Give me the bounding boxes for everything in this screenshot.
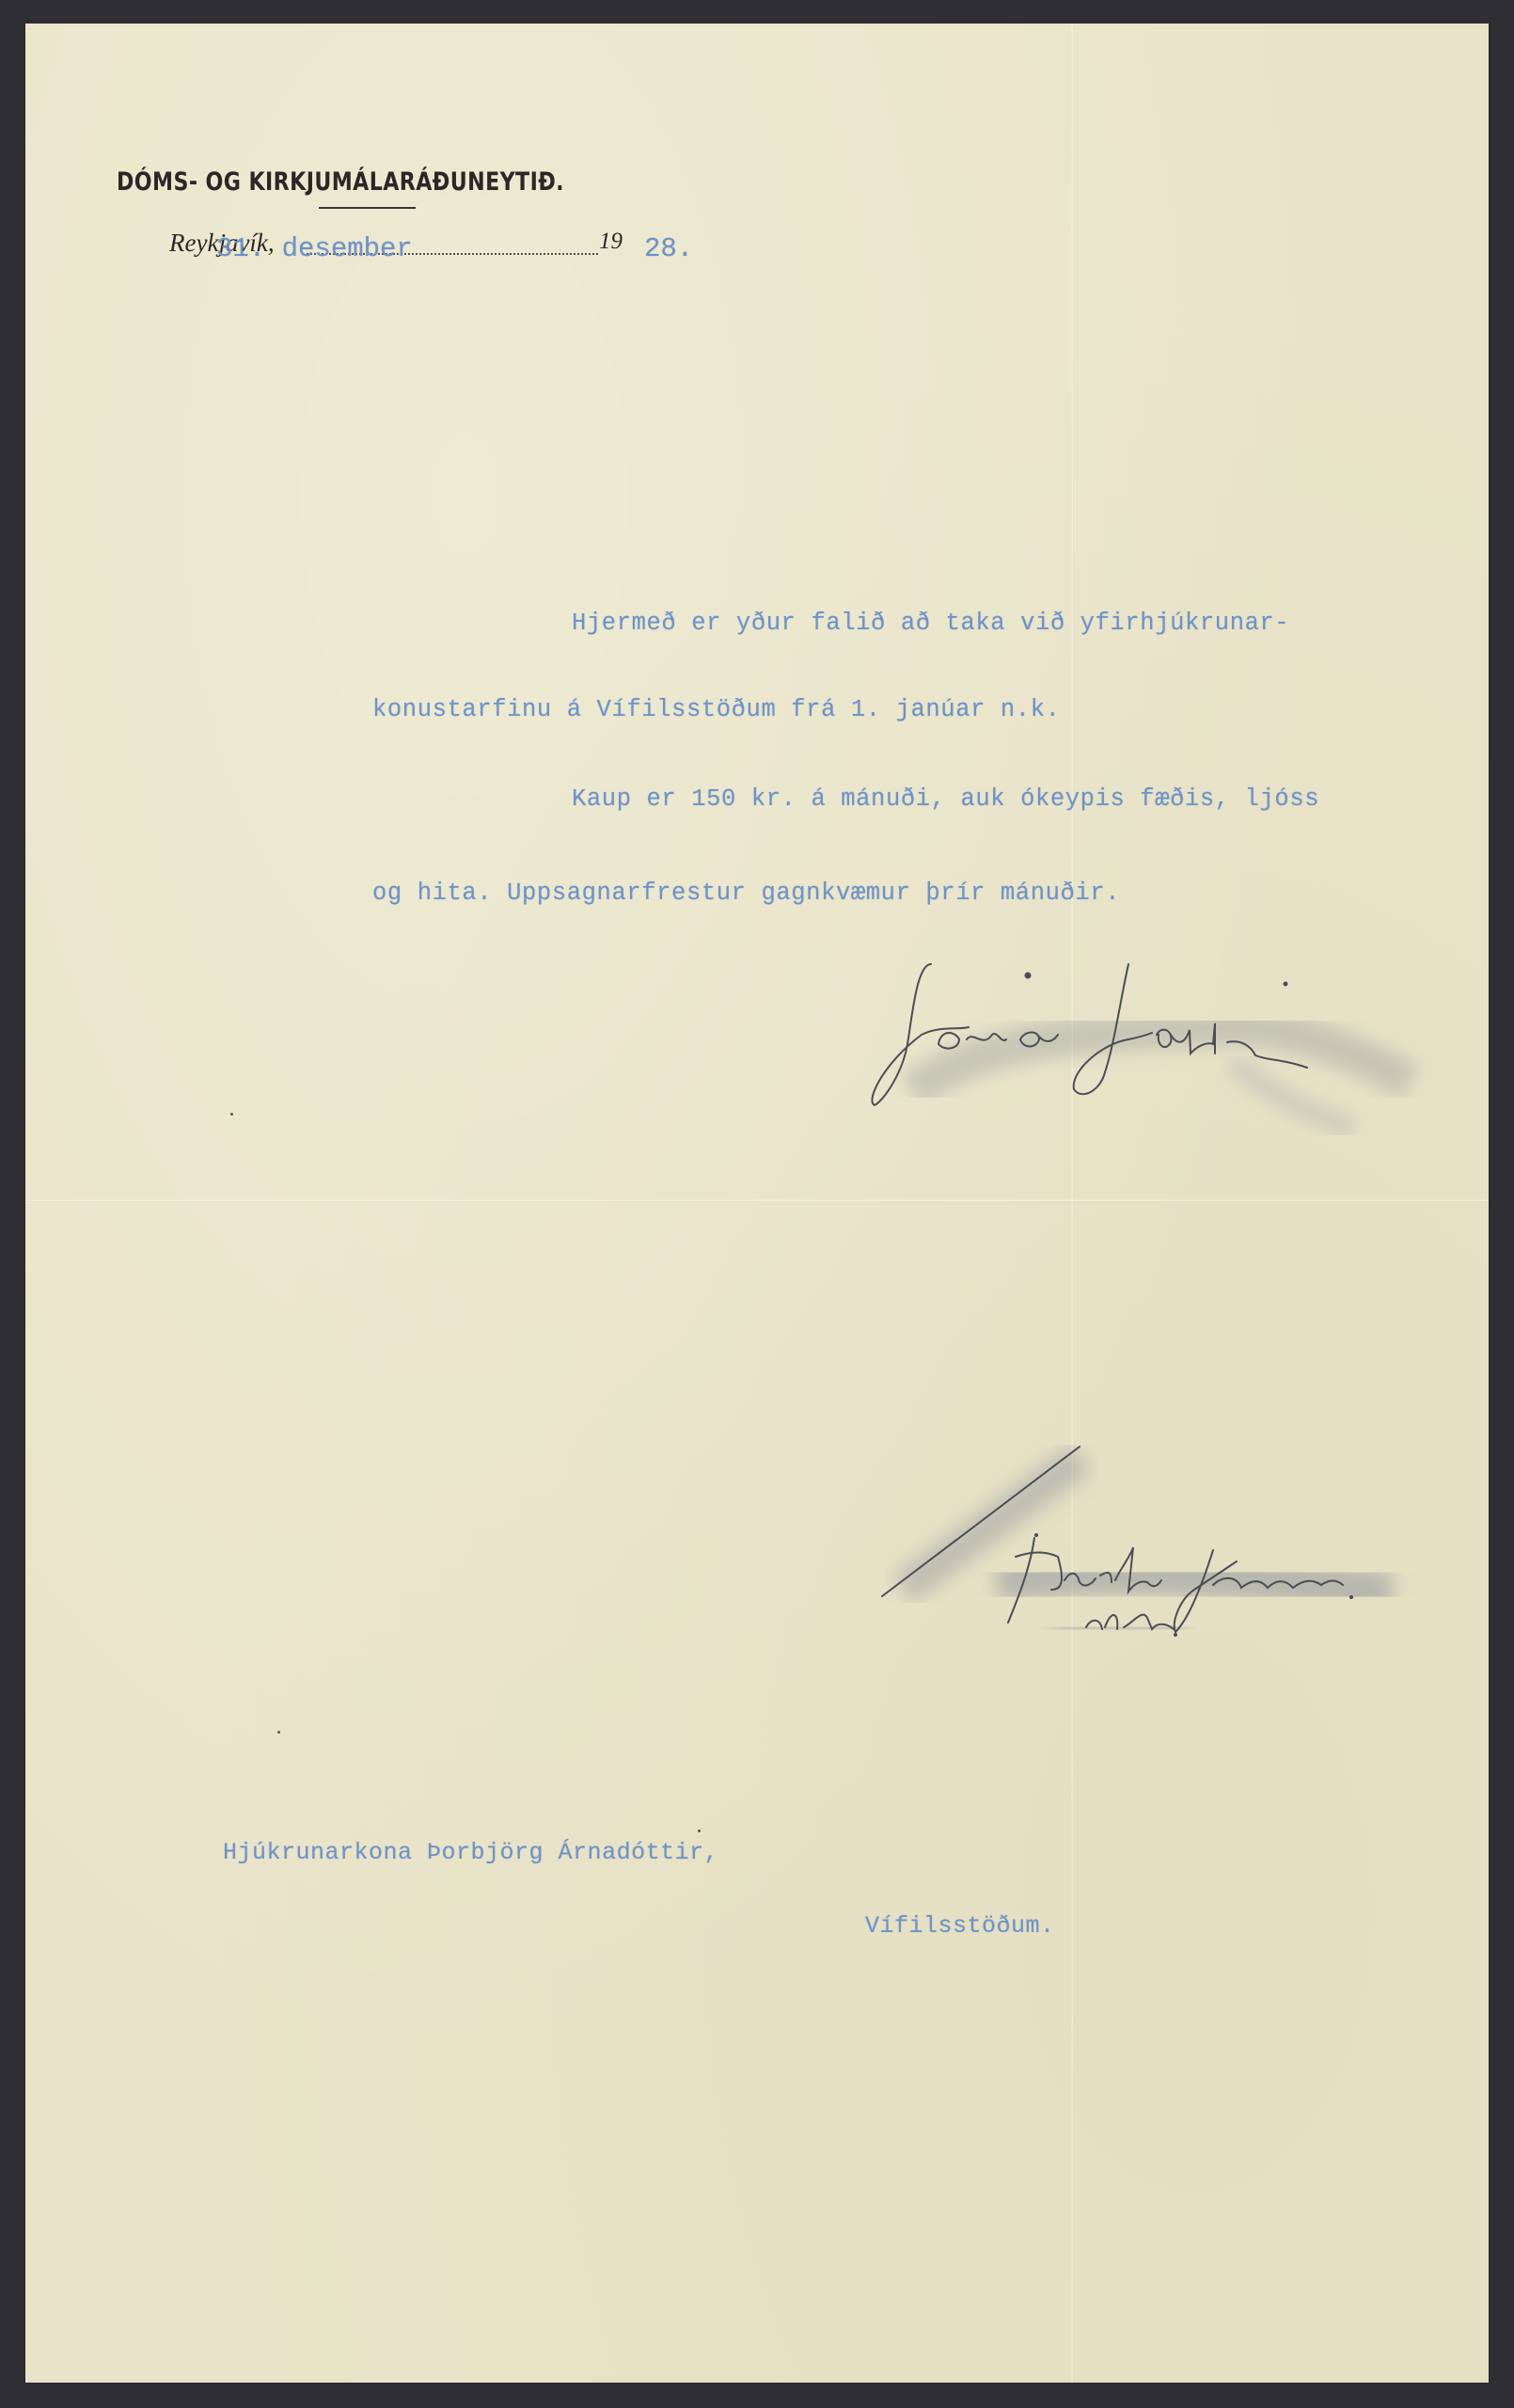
recipient-location: Vífilsstöðum. [865,1912,1055,1940]
paper-speck [230,1113,233,1116]
signature-thordur-jensson [865,1430,1448,1655]
date-year-suffix: 28. [644,233,693,264]
letter-page [25,24,1489,2383]
paper-speck [277,1731,280,1734]
paper-speck [698,1830,701,1832]
century-prefix: 19 [599,229,623,255]
signature-jonas-jonsson [828,941,1448,1148]
letterhead-rule [319,207,416,209]
body-line-4: og hita. Uppsagnarfrestur gagnkvæmur þrí… [372,879,1120,907]
date-day-month: 31. desember [216,233,413,264]
body-line-2: konustarfinu á Vífilsstöðum frá 1. janúa… [372,696,1061,723]
body-line-1: Hjermeð er yður falið að taka við yfirhj… [572,610,1289,637]
recipient-name: Hjúkrunarkona Þorbjörg Árnadóttir, [223,1839,718,1866]
body-line-3: Kaup er 150 kr. á mánuði, auk ókeypis fæ… [572,785,1319,813]
letterhead-title: DÓMS- OG KIRKJUMÁLARÁÐUNEYTIÐ. [117,167,564,197]
vertical-fold-line [1071,24,1074,2383]
horizontal-fold-line [25,1199,1489,1202]
